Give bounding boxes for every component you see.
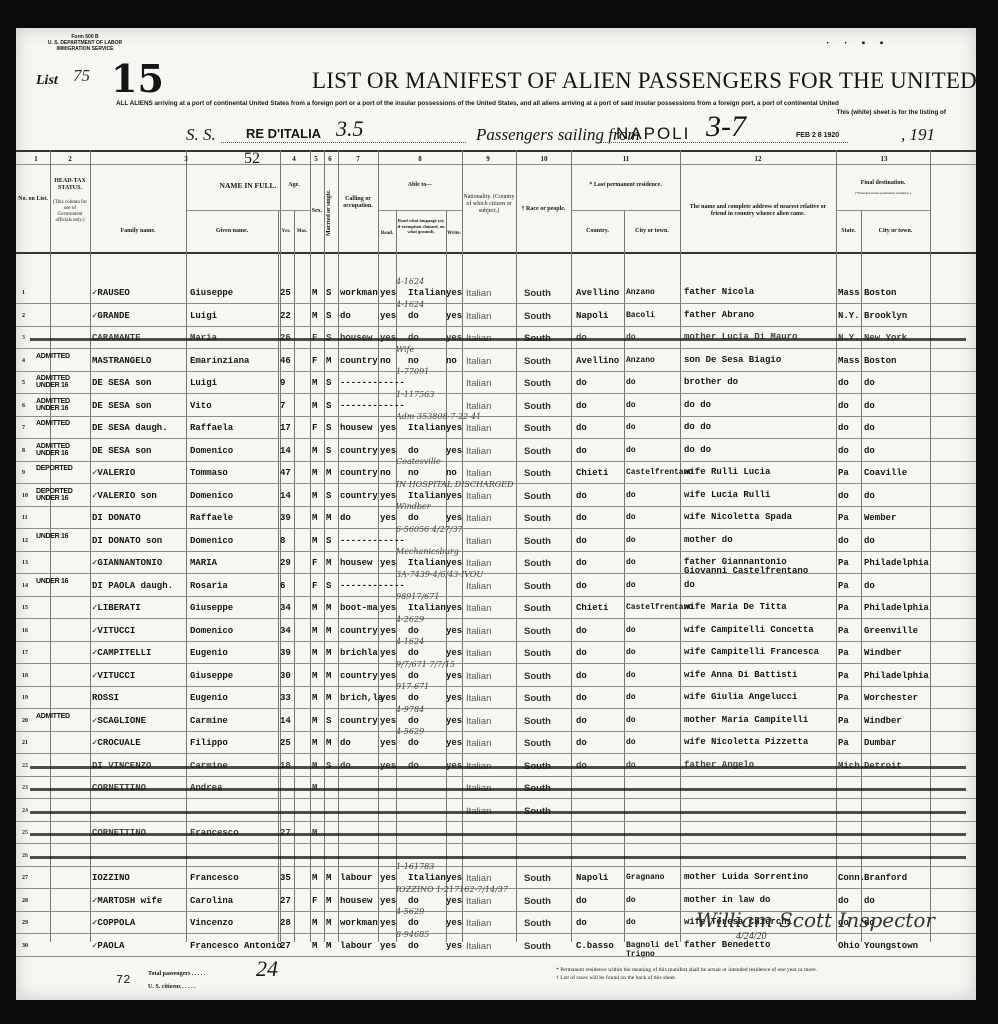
cell-city: do <box>626 738 636 747</box>
cell-read: yes <box>380 446 396 456</box>
cell-occ: ------------ <box>340 378 405 388</box>
cell-no: 21 <box>22 740 28 746</box>
cell-relative: mother Luida Sorrentino <box>684 873 808 882</box>
cell-nat: Italian <box>466 941 491 952</box>
cell-country: do <box>576 716 587 726</box>
header-no-on-list: No. on List. <box>17 196 49 203</box>
cell-ms: S <box>326 401 331 411</box>
cell-country: Avellino <box>576 356 619 366</box>
table-row: 21✓CROCUALEFilippo25MMdoyesdoyesItalianS… <box>16 732 976 753</box>
cell-no: 16 <box>22 628 28 634</box>
cell-family: DI DONATO <box>92 513 141 523</box>
table-row: 19ROSSIEugenio33MMbrich,layesdoyesItalia… <box>16 687 976 708</box>
cell-ms: M <box>326 918 331 928</box>
table-row: 17✓CAMPITELLIEugenio39MMbrichlayesdoyesI… <box>16 642 976 663</box>
cell-sex: M <box>312 603 317 613</box>
handwritten-note: IOZZINO 1-217162-7/14/37 <box>396 885 508 894</box>
cell-write: yes <box>446 311 462 321</box>
cell-race: South <box>524 513 551 524</box>
cell-given: Tommaso <box>190 468 228 478</box>
cell-nat: Italian <box>466 896 491 907</box>
cell-ms: S <box>326 446 331 456</box>
cell-sex: M <box>312 671 317 681</box>
cell-lang: do <box>408 716 419 726</box>
cell-sex: M <box>312 513 317 523</box>
header-final-destination-note: (*Intended future permanent residence.) <box>836 190 930 197</box>
cell-no: 27 <box>22 875 28 881</box>
cell-lang: do <box>408 918 419 928</box>
cell-family: ✓VALERIO <box>92 468 135 478</box>
cell-read: yes <box>380 333 396 343</box>
cell-occ: labour <box>340 873 372 883</box>
cell-no: 10 <box>22 493 28 499</box>
cell-state: Pa <box>838 558 849 568</box>
cell-ms: S <box>326 536 331 546</box>
cell-write: yes <box>446 873 462 883</box>
cell-status: ADMITTED UNDER 16 <box>36 375 90 389</box>
cell-no: 1 <box>22 290 25 296</box>
cell-state: Mass <box>838 356 860 366</box>
cell-given: Giuseppe <box>190 671 233 681</box>
sailing-port: NAPOLI <box>616 124 690 144</box>
header-able-to: Able to— <box>378 182 462 189</box>
cell-race: South <box>524 693 551 704</box>
header-married-single: Married or single. <box>326 180 336 246</box>
handwritten-note: Wife <box>396 345 414 354</box>
ship-field-line <box>221 142 466 143</box>
cell-nat: Italian <box>466 288 491 299</box>
cell-race: South <box>524 918 551 929</box>
form-department-label: Form 500 B U. S. DEPARTMENT OF LABOR IMM… <box>40 34 130 52</box>
cell-sex: M <box>312 648 317 658</box>
cell-given: Filippo <box>190 738 228 748</box>
col-number-6: 6 <box>322 155 338 163</box>
cell-country: do <box>576 693 587 703</box>
cell-relative: mother Lucia Di Mauro <box>684 333 797 342</box>
cell-dest: Greenville <box>864 626 918 636</box>
cell-state: do <box>838 491 849 501</box>
cell-dest: Philadelphia <box>864 671 929 681</box>
cell-relative: mother Maria Campitelli <box>684 716 808 725</box>
cell-dest: New York <box>864 333 907 343</box>
cell-age: 46 <box>280 356 291 366</box>
cell-status: ADMITTED <box>36 353 70 360</box>
cell-city: do <box>626 333 636 342</box>
cell-state: Pa <box>838 513 849 523</box>
cell-family: ✓GIANNANTONIO <box>92 558 162 568</box>
cell-dest: Boston <box>864 288 896 298</box>
cell-given: Eugenio <box>190 648 228 658</box>
handwritten-note: 6-56056 4/27/37 <box>396 525 463 534</box>
cell-state: N.Y. <box>838 333 860 343</box>
cell-write: yes <box>446 626 462 636</box>
header-nearest-relative: The name and complete address of nearest… <box>686 204 830 218</box>
cell-lang: no <box>408 356 419 366</box>
cell-race: South <box>524 311 551 322</box>
table-row: 6ADMITTED UNDER 16DE SESA sonVito7MS----… <box>16 395 976 416</box>
header-age-mos: Mos. <box>294 228 310 235</box>
cell-relative: son De Sesa Biagio <box>684 356 781 365</box>
cell-write: yes <box>446 941 462 951</box>
cell-age: 25 <box>280 738 291 748</box>
cell-no: 22 <box>22 763 28 769</box>
cell-sex: F <box>312 558 317 568</box>
header-nationality: Nationality. (Country of which citizen o… <box>462 194 516 215</box>
handwritten-note: 98917/671 <box>396 592 439 601</box>
footer-labels: Total passengers . . . . . U. S. citizen… <box>148 968 205 994</box>
cell-ms: M <box>326 693 331 703</box>
cell-race: South <box>524 873 551 884</box>
table-row: 22DI VINCENZOCarmine18MSdoyesdoyesItalia… <box>16 755 976 776</box>
cell-status: ADMITTED <box>36 420 70 427</box>
cell-status: ADMITTED UNDER 16 <box>36 398 90 412</box>
cell-relative: wife Rulli Lucia <box>684 468 770 477</box>
ship-hand-note: 3.5 <box>336 116 364 142</box>
cell-nat: Italian <box>466 918 491 929</box>
cell-write: yes <box>446 288 462 298</box>
cell-city: do <box>626 536 636 545</box>
cell-race: South <box>524 423 551 434</box>
cell-given: Andrea <box>190 783 222 793</box>
cell-ms: S <box>326 491 331 501</box>
cell-given: Emarinziana <box>190 356 249 366</box>
cell-family: DE SESA daugh. <box>92 423 168 433</box>
cell-relative: mother in law do <box>684 896 770 905</box>
table-row: 18✓VITUCCIGiuseppe30MMcountryyesdoyesIta… <box>16 665 976 686</box>
cell-nat: Italian <box>466 446 491 457</box>
cell-nat: Italian <box>466 581 491 592</box>
table-row: 12UNDER 16DI DONATO sonDomenico8MS------… <box>16 530 976 551</box>
table-row: 26 <box>16 845 976 866</box>
cell-no: 28 <box>22 898 28 904</box>
signature-date: 4/24/20 <box>736 931 767 942</box>
cell-race: South <box>524 783 551 794</box>
cell-city: do <box>626 761 636 770</box>
cell-lang: do <box>408 693 419 703</box>
cell-occ: housew <box>340 333 372 343</box>
cell-lang: do <box>408 311 419 321</box>
cell-family: ✓VITUCCI <box>92 626 135 636</box>
cell-family: DE SESA son <box>92 446 151 456</box>
cell-write: yes <box>446 671 462 681</box>
cell-family: ROSSI <box>92 693 119 703</box>
table-row: 13✓GIANNANTONIOMARIA29FMhousewyesItalian… <box>16 552 976 573</box>
handwritten-note: 1-117563 <box>396 390 434 399</box>
cell-nat: Italian <box>466 783 491 794</box>
cell-write: yes <box>446 446 462 456</box>
cell-no: 14 <box>22 583 28 589</box>
cell-sex: M <box>312 716 317 726</box>
cell-city: Castelfrentano <box>626 468 682 477</box>
footer-total-handwritten: 24 <box>256 956 278 982</box>
cell-age: 18 <box>280 761 291 771</box>
cell-relative: father Abrano <box>684 311 754 320</box>
cell-race: South <box>524 491 551 502</box>
cell-ms: S <box>326 333 331 343</box>
cell-read: yes <box>380 941 396 951</box>
cell-city: Bacoli <box>626 311 655 320</box>
cell-family: ✓COPPOLA <box>92 918 135 928</box>
cell-dest: Windber <box>864 716 902 726</box>
cell-ms: M <box>326 671 331 681</box>
cell-sex: M <box>312 738 317 748</box>
cell-read: yes <box>380 716 396 726</box>
handwritten-note: 4-5629 <box>396 907 424 916</box>
cell-read: no <box>380 356 391 366</box>
cell-dest: do <box>864 401 875 411</box>
cell-no: 25 <box>22 830 28 836</box>
cell-sex: F <box>312 581 317 591</box>
cell-age: 9 <box>280 378 285 388</box>
cell-race: South <box>524 333 551 344</box>
cell-city: Gragnano <box>626 873 664 882</box>
cell-race: South <box>524 671 551 682</box>
cell-family: ✓RAUSEO <box>92 288 130 298</box>
cell-nat: Italian <box>466 603 491 614</box>
handwritten-note: 4-2629 <box>396 615 424 624</box>
col-number-3: 3 <box>176 155 196 163</box>
cell-city: Castelfrentano <box>626 603 682 612</box>
handwritten-note: 3A-7439-4/6/43-IVOU <box>396 570 483 579</box>
cell-relative: do do <box>684 401 711 410</box>
cell-lang: do <box>408 941 419 951</box>
cell-relative: wife Maria De Titta <box>684 603 787 612</box>
cell-city: do <box>626 423 636 432</box>
cell-ms: M <box>326 356 331 366</box>
cell-nat: Italian <box>466 626 491 637</box>
cell-sex: M <box>312 491 317 501</box>
cell-sex: F <box>312 333 317 343</box>
cell-write: yes <box>446 423 462 433</box>
cell-dest: Worchester <box>864 693 918 703</box>
cell-age: 35 <box>280 873 291 883</box>
cell-country: Chieti <box>576 603 608 613</box>
cell-age: 27 <box>280 896 291 906</box>
cell-age: 26 <box>280 333 291 343</box>
cell-country: C.basso <box>576 941 614 951</box>
cell-write: yes <box>446 693 462 703</box>
cell-family: ✓MARTOSH wife <box>92 896 162 906</box>
cell-state: do <box>838 536 849 546</box>
cell-status: DEPORTED <box>36 465 73 472</box>
header-dest-city: City or town. <box>861 228 930 235</box>
handwritten-note: 4-5629 <box>396 727 424 736</box>
cell-occ: country <box>340 716 378 726</box>
cell-given: Rosaria <box>190 581 228 591</box>
cell-read: yes <box>380 288 396 298</box>
total-passengers-label: Total passengers . . . . . <box>148 968 205 981</box>
cell-country: do <box>576 536 587 546</box>
cell-occ: country <box>340 626 378 636</box>
cell-given: Vincenzo <box>190 918 233 928</box>
cell-state: do <box>838 401 849 411</box>
cell-nat: Italian <box>466 468 491 479</box>
handwritten-note: 4-9784 <box>396 705 424 714</box>
cell-write: no <box>446 468 457 478</box>
cell-no: 11 <box>22 515 28 521</box>
handwritten-note: 1-161783 <box>396 862 434 871</box>
handwritten-note: IN HOSPITAL DISCHARGED <box>396 480 513 489</box>
cell-no: 19 <box>22 695 28 701</box>
cell-no: 12 <box>22 538 28 544</box>
handwritten-note: Coatesville <box>396 457 441 466</box>
cell-nat: Italian <box>466 693 491 704</box>
cell-race: South <box>524 761 551 772</box>
cell-race: South <box>524 378 551 389</box>
table-row: 11DI DONATORaffaele39MMdoyesdoyesItalian… <box>16 507 976 528</box>
cell-write: yes <box>446 761 462 771</box>
cell-family: DE SESA son <box>92 401 151 411</box>
sheet-number: 52 <box>244 150 260 168</box>
header-state: State. <box>836 228 861 235</box>
cell-nat: Italian <box>466 491 491 502</box>
cell-state: Pa <box>838 581 849 591</box>
cell-country: do <box>576 918 587 928</box>
cell-given: Francesco <box>190 873 239 883</box>
cell-no: 26 <box>22 853 28 859</box>
cell-city: do <box>626 716 636 725</box>
cell-dest: Philadelphia <box>864 603 929 613</box>
cell-given: Raffaela <box>190 423 233 433</box>
cell-read: yes <box>380 693 396 703</box>
cell-given: Carmine <box>190 761 228 771</box>
cell-no: 2 <box>22 313 25 319</box>
cell-write: yes <box>446 333 462 343</box>
cell-lang: do <box>408 446 419 456</box>
cell-sex: F <box>312 356 317 366</box>
cell-occ: ------------ <box>340 536 405 546</box>
cell-city: do <box>626 918 636 927</box>
cell-occ: housew <box>340 558 372 568</box>
cell-country: do <box>576 626 587 636</box>
cell-family: ✓PAOLA <box>92 941 124 951</box>
cell-family: ✓CAMPITELLI <box>92 648 151 658</box>
cell-race: South <box>524 896 551 907</box>
cell-given: Giuseppe <box>190 603 233 613</box>
cell-ms: S <box>326 761 331 771</box>
cell-country: Napoli <box>576 873 608 883</box>
cell-race: South <box>524 468 551 479</box>
cell-country: do <box>576 581 587 591</box>
cell-family: ✓CROCUALE <box>92 738 141 748</box>
cell-occ: do <box>340 761 351 771</box>
cell-country: do <box>576 896 587 906</box>
cell-country: do <box>576 333 587 343</box>
cell-nat: Italian <box>466 311 491 322</box>
cell-family: CORNETTINO <box>92 828 146 838</box>
cell-state: N.Y. <box>838 311 860 321</box>
header-race: † Race or people. <box>516 206 571 213</box>
cell-relative: brother do <box>684 378 738 387</box>
cell-no: 17 <box>22 650 28 656</box>
table-row: 14UNDER 16DI PAOLA daugh.Rosaria6FS-----… <box>16 575 976 596</box>
handwritten-note: 8-94685 <box>396 930 429 939</box>
cell-sex: M <box>312 378 317 388</box>
cell-state: do <box>838 378 849 388</box>
cell-lang: do <box>408 761 419 771</box>
cell-ms: M <box>326 873 331 883</box>
cell-occ: ------------ <box>340 401 405 411</box>
cell-relative: wife Anna Di Battisti <box>684 671 797 680</box>
footer-count: 72 <box>116 973 130 987</box>
cell-dest: Coaville <box>864 468 907 478</box>
cell-read: yes <box>380 603 396 613</box>
manifest-sheet: Form 500 B U. S. DEPARTMENT OF LABOR IMM… <box>16 28 976 1000</box>
col-number-4: 4 <box>284 155 304 163</box>
cell-occ: do <box>340 513 351 523</box>
cell-family: ✓GRANDE <box>92 311 130 321</box>
cell-age: 17 <box>280 423 291 433</box>
service-name: IMMIGRATION SERVICE <box>40 46 130 52</box>
table-row: 3CARAMANTEMaria26FShousewyesdoyesItalian… <box>16 327 976 348</box>
cell-family: ✓LIBERATI <box>92 603 141 613</box>
cell-read: yes <box>380 873 396 883</box>
header-read: Read. <box>378 230 396 237</box>
cell-read: yes <box>380 423 396 433</box>
cell-ms: M <box>326 558 331 568</box>
cell-status: UNDER 16 <box>36 533 68 540</box>
cell-state: Pa <box>838 648 849 658</box>
col-number-13: 13 <box>874 155 894 163</box>
cell-country: do <box>576 423 587 433</box>
cell-race: South <box>524 648 551 659</box>
cell-family: IOZZINO <box>92 873 130 883</box>
cell-nat: Italian <box>466 761 491 772</box>
col-number-2: 2 <box>60 155 80 163</box>
cell-nat: Italian <box>466 558 491 569</box>
date-stamp: FEB 2 8 1920 <box>796 132 839 139</box>
cell-sex: F <box>312 423 317 433</box>
cell-city: do <box>626 671 636 680</box>
cell-city: Anzano <box>626 356 655 365</box>
cell-dest: do <box>864 536 875 546</box>
cell-race: South <box>524 603 551 614</box>
cell-read: yes <box>380 761 396 771</box>
row-divider <box>16 956 976 957</box>
table-row: 20ADMITTED✓SCAGLIONECarmine14MScountryye… <box>16 710 976 731</box>
cell-age: 27 <box>280 828 291 838</box>
handwritten-note: 4-1624 <box>396 300 424 309</box>
cell-lang: do <box>408 513 419 523</box>
cell-lang: Italian <box>408 491 446 501</box>
cell-nat: Italian <box>466 333 491 344</box>
cell-write: yes <box>446 603 462 613</box>
cell-age: 28 <box>280 918 291 928</box>
cell-occ: workman <box>340 918 378 928</box>
cell-state: Pa <box>838 671 849 681</box>
cell-no: 6 <box>22 403 25 409</box>
cell-no: 23 <box>22 785 28 791</box>
cell-family: ✓VITUCCI <box>92 671 135 681</box>
cell-lang: do <box>408 333 419 343</box>
cell-state: do <box>838 446 849 456</box>
cell-city: do <box>626 446 636 455</box>
cell-ms: M <box>326 626 331 636</box>
cell-family: MASTRANGELO <box>92 356 151 366</box>
cell-relative: wife Campitelli Francesca <box>684 648 819 657</box>
col-number-9: 9 <box>478 155 498 163</box>
cell-relative: wife Giulia Angelucci <box>684 693 797 702</box>
table-row: 16✓VITUCCIDomenico34MMcountryyesdoyesIta… <box>16 620 976 641</box>
cell-occ: housew <box>340 896 372 906</box>
cell-country: Napoli <box>576 311 608 321</box>
cell-relative: wife Campitelli Concetta <box>684 626 814 635</box>
cell-sex: F <box>312 896 317 906</box>
cell-city: do <box>626 648 636 657</box>
cell-ms: S <box>326 423 331 433</box>
cell-state: Pa <box>838 738 849 748</box>
cell-no: 3 <box>22 335 25 341</box>
